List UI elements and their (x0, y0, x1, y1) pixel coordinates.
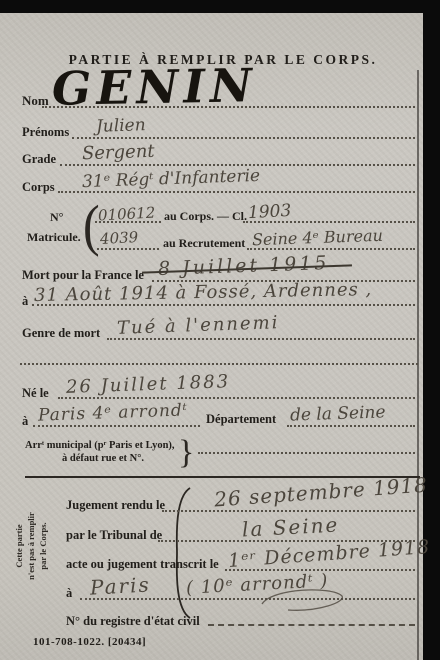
departement-value: de la Seine (290, 402, 386, 425)
registre-line (208, 624, 415, 626)
recrutement-number: 4039 (100, 228, 139, 248)
rendu-label: Jugement rendu le (66, 498, 165, 513)
matricule-line-2a (97, 248, 159, 250)
mort-a-label: à (22, 294, 28, 309)
matricule-line-1a (95, 221, 161, 223)
genre-line (107, 338, 415, 340)
ne-label: Né le (22, 386, 49, 401)
au-corps-label: au Corps. — Cl. (164, 209, 247, 224)
corps-label: Corps (22, 180, 55, 195)
page-edge-line (417, 70, 419, 660)
nom-line (42, 106, 415, 108)
jugement-a-line (80, 598, 415, 600)
matricule-line-2b (247, 248, 415, 250)
side-note-line-1: Cette partie (13, 481, 25, 611)
arr-label-2: à défaut rue et N°. (62, 453, 144, 464)
footer-code: 101-708-1022. [20434] (33, 636, 146, 648)
side-note-line-3: par le Corps. (37, 481, 49, 611)
genre-label: Genre de mort (22, 326, 100, 341)
arr-line (198, 452, 415, 454)
arr-label-1: Arrᵗ municipal (pʳ Paris et Lyon), (25, 440, 175, 451)
transcrit-label: acte ou jugement transcrit le (66, 557, 219, 572)
departement-label: Département (206, 412, 276, 427)
ne-a-label: à (22, 414, 28, 429)
jugement-a-value: Paris (89, 572, 151, 599)
scanned-record-card: PARTIE À REMPLIR PAR LE CORPS. Nom GENIN… (0, 0, 440, 660)
prenoms-label: Prénoms (22, 125, 69, 140)
ne-line (58, 397, 415, 399)
side-note-line-2: n'est pas à remplir (25, 481, 37, 611)
departement-line (287, 425, 415, 427)
rendu-line (162, 510, 415, 512)
grade-label: Grade (22, 152, 56, 167)
matricule-no-label: N° (50, 210, 63, 225)
matricule-label: Matricule. (27, 230, 81, 245)
arr-brace: } (178, 434, 194, 472)
ne-a-line (33, 425, 200, 427)
grade-value: Sergent (82, 141, 155, 165)
mort-a-line (32, 304, 415, 306)
au-recrutement-label: au Recrutement (163, 236, 245, 251)
prenoms-value: Julien (96, 115, 146, 137)
tribunal-value: la Seine (241, 512, 339, 541)
registre-label: N° du registre d'état civil (66, 614, 200, 629)
section-separator (20, 363, 418, 365)
matricule-line-1b (243, 221, 415, 223)
handwriting-flourish (258, 586, 348, 614)
mort-label: Mort pour la France le (22, 268, 144, 283)
jugement-a-label: à (66, 586, 72, 601)
classe-value: 1903 (248, 201, 292, 223)
corps-line (58, 191, 415, 193)
prenoms-line (72, 137, 415, 139)
tribunal-label: par le Tribunal de (66, 528, 162, 543)
